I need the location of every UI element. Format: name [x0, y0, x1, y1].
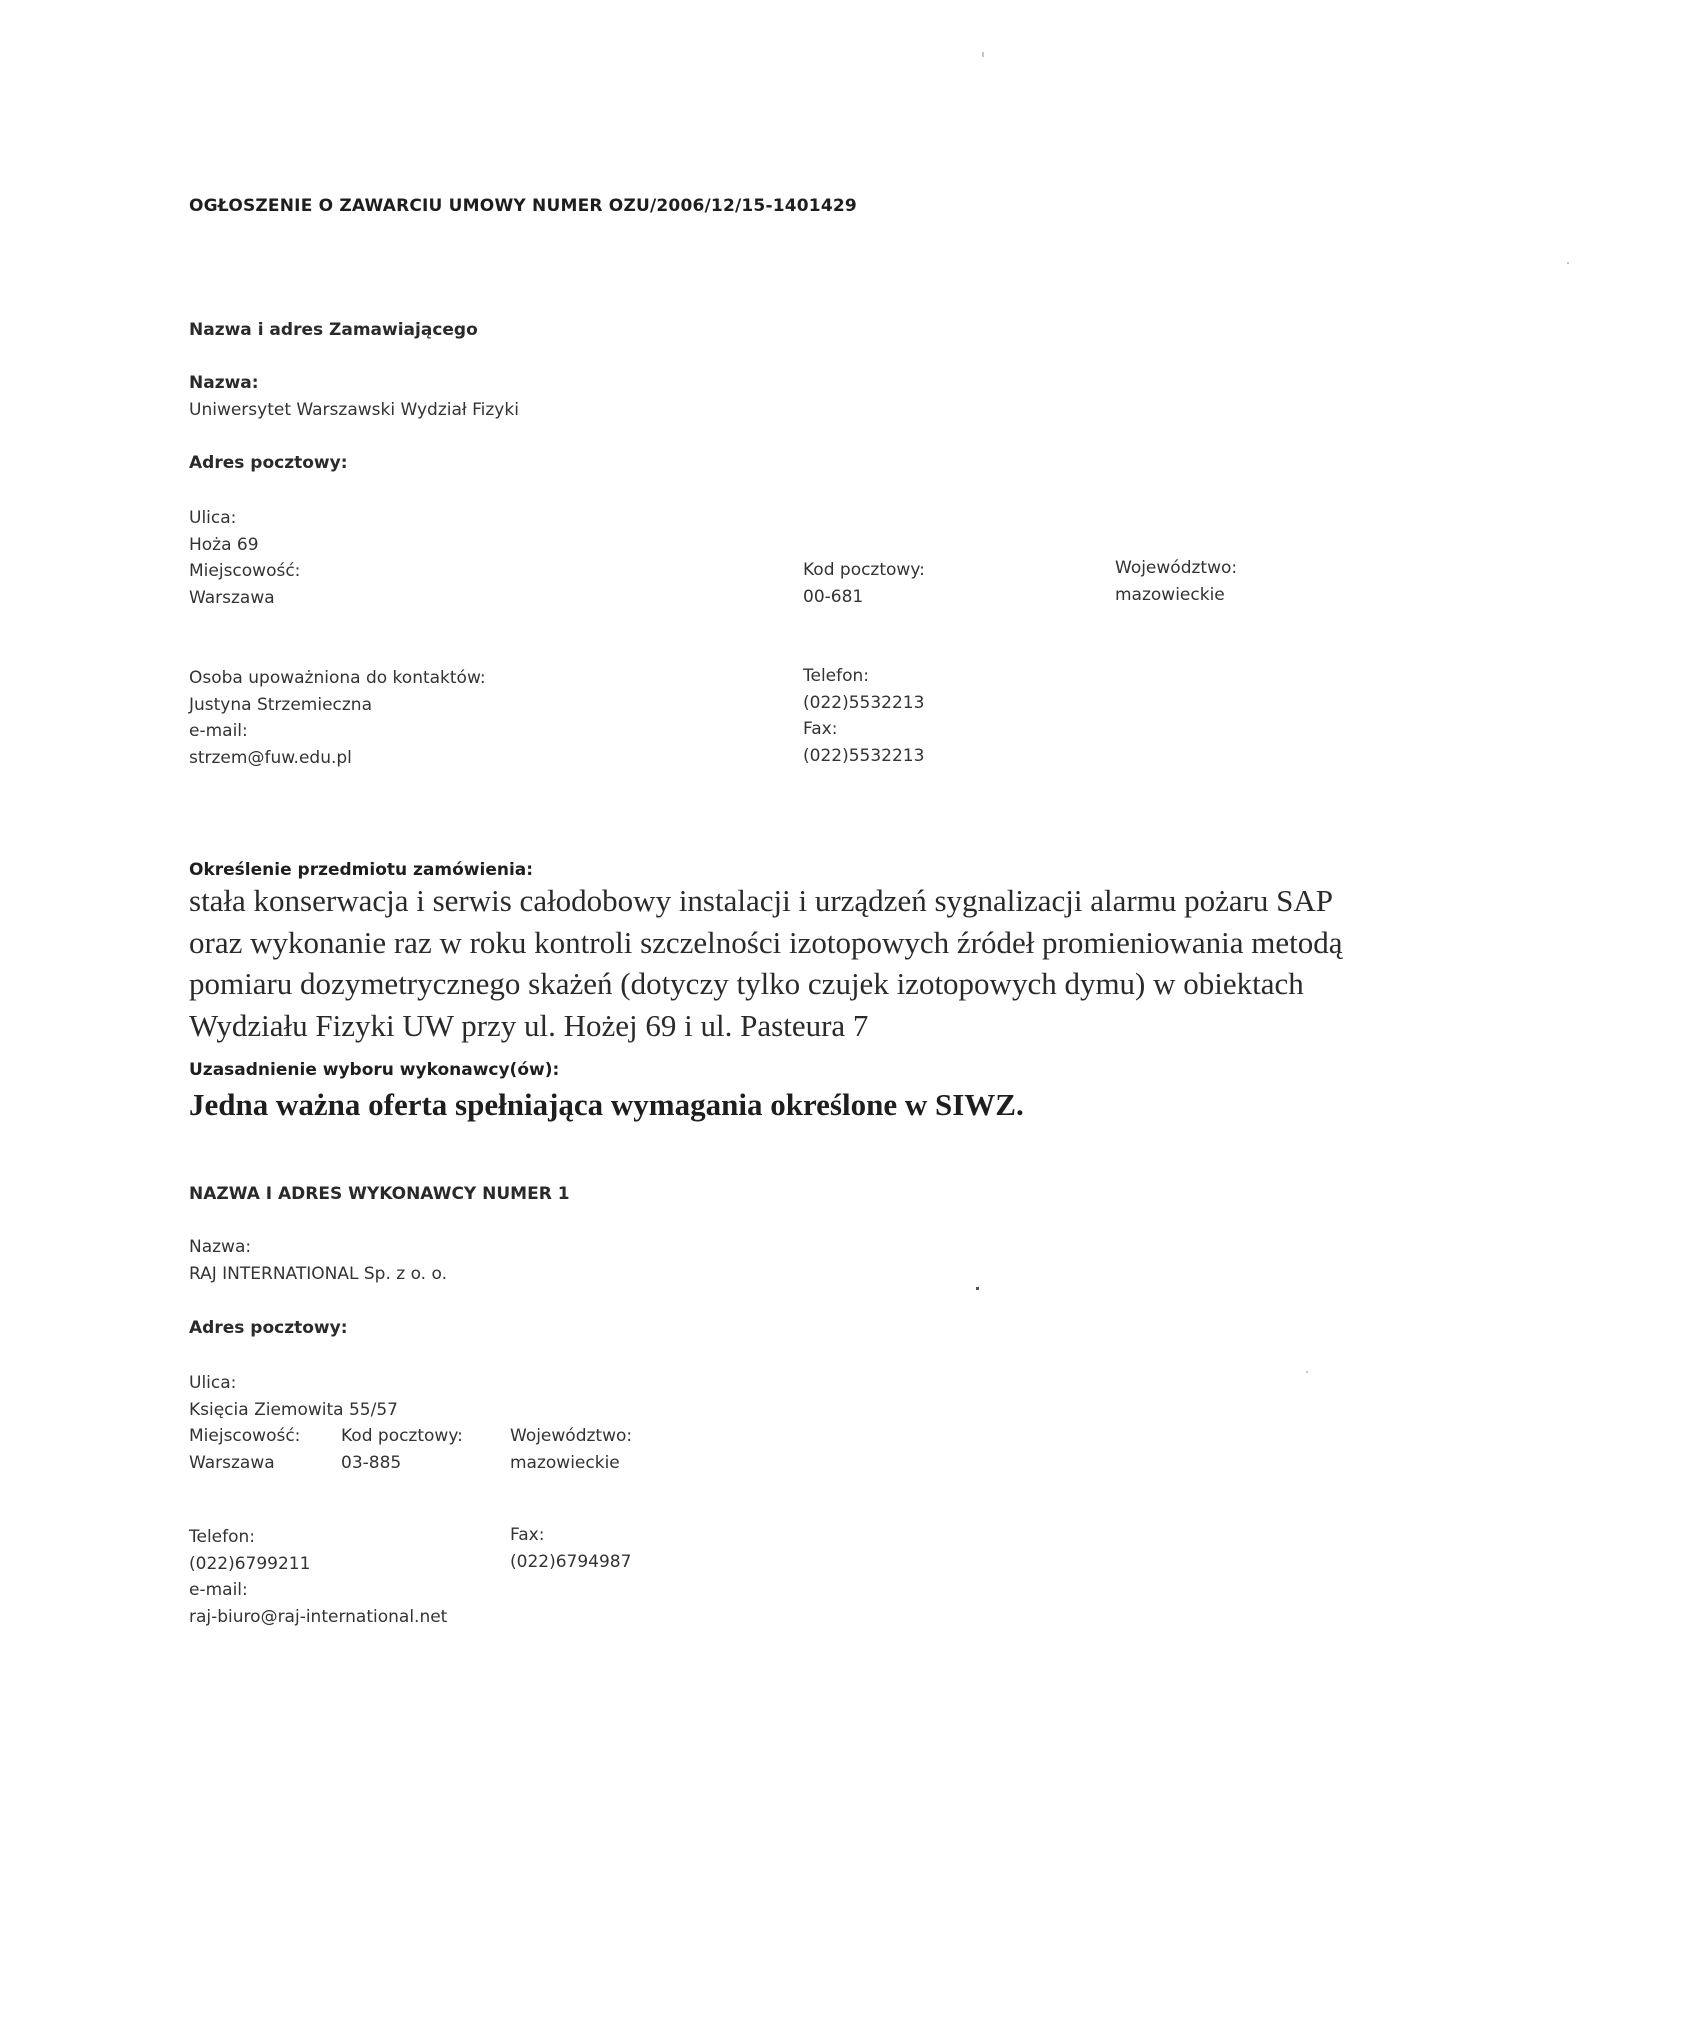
street-value: Księcia Ziemowita 55/57	[189, 1397, 398, 1424]
subject-line: stała konserwacja i serwis całodobowy in…	[189, 880, 1343, 922]
fax-value: (022)5532213	[803, 743, 924, 770]
voivodeship-value: mazowieckie	[1115, 582, 1237, 609]
scan-speck	[1567, 262, 1569, 264]
justification-value: Jedna ważna oferta spełniająca wymagania…	[189, 1087, 1024, 1123]
email-label: e-mail:	[189, 1577, 447, 1604]
ordering-party-name-label: Nazwa:	[189, 373, 259, 393]
postal-label: Kod pocztowy:	[341, 1423, 463, 1450]
ordering-party-voivodeship-block: Województwo: mazowieckie	[1115, 555, 1237, 608]
scan-speck	[982, 52, 984, 57]
section-heading-ordering-party: Nazwa i adres Zamawiającego	[189, 320, 478, 340]
email-label: e-mail:	[189, 718, 486, 745]
phone-label: Telefon:	[189, 1524, 447, 1551]
street-label: Ulica:	[189, 1370, 398, 1397]
ordering-party-contact-block: Osoba upoważniona do kontaktów: Justyna …	[189, 665, 486, 771]
section-heading-contractor: NAZWA I ADRES WYKONAWCY NUMER 1	[189, 1184, 570, 1204]
city-label: Miejscowość:	[189, 558, 300, 585]
phone-value: (022)5532213	[803, 690, 924, 717]
postal-value: 03-885	[341, 1450, 463, 1477]
ordering-party-postal-block: Kod pocztowy: 00-681	[803, 557, 925, 610]
street-value: Hoża 69	[189, 532, 300, 559]
voivodeship-label: Województwo:	[510, 1423, 632, 1450]
phone-value: (022)6799211	[189, 1551, 447, 1578]
contractor-phone-block: Telefon: (022)6799211 e-mail: raj-biuro@…	[189, 1524, 447, 1630]
fax-value: (022)6794987	[510, 1549, 631, 1576]
contractor-voivodeship-block: Województwo: mazowieckie	[510, 1423, 632, 1476]
ordering-party-phone-block: Telefon: (022)5532213 Fax: (022)5532213	[803, 663, 924, 769]
contractor-address-heading: Adres pocztowy:	[189, 1318, 348, 1338]
voivodeship-label: Województwo:	[1115, 555, 1237, 582]
fax-label: Fax:	[510, 1522, 631, 1549]
voivodeship-value: mazowieckie	[510, 1450, 632, 1477]
contact-person: Justyna Strzemieczna	[189, 692, 486, 719]
subject-line: oraz wykonanie raz w roku kontroli szcze…	[189, 922, 1343, 964]
scan-speck	[976, 1287, 979, 1290]
contractor-fax-block: Fax: (022)6794987	[510, 1522, 631, 1575]
email-value: raj-biuro@raj-international.net	[189, 1604, 447, 1631]
contractor-postal-block: Kod pocztowy: 03-885	[341, 1423, 463, 1476]
postal-label: Kod pocztowy:	[803, 557, 925, 584]
contact-label: Osoba upoważniona do kontaktów:	[189, 665, 486, 692]
subject-line: pomiaru dozymetrycznego skażeń (dotyczy …	[189, 963, 1343, 1005]
postal-value: 00-681	[803, 584, 925, 611]
ordering-party-address-block: Ulica: Hoża 69 Miejscowość: Warszawa	[189, 505, 300, 611]
city-value: Warszawa	[189, 585, 300, 612]
document-title: OGŁOSZENIE O ZAWARCIU UMOWY NUMER OZU/20…	[189, 196, 857, 216]
scan-speck	[1306, 1371, 1308, 1373]
email-value: strzem@fuw.edu.pl	[189, 745, 486, 772]
subject-description: stała konserwacja i serwis całodobowy in…	[189, 880, 1343, 1046]
street-label: Ulica:	[189, 505, 300, 532]
fax-label: Fax:	[803, 716, 924, 743]
justification-heading: Uzasadnienie wyboru wykonawcy(ów):	[189, 1060, 559, 1080]
subject-line: Wydziału Fizyki UW przy ul. Hożej 69 i u…	[189, 1005, 1343, 1047]
ordering-party-name: Uniwersytet Warszawski Wydział Fizyki	[189, 397, 519, 424]
contractor-name: RAJ INTERNATIONAL Sp. z o. o.	[189, 1261, 447, 1288]
phone-label: Telefon:	[803, 663, 924, 690]
ordering-party-address-heading: Adres pocztowy:	[189, 453, 348, 473]
contractor-name-block: Nazwa: RAJ INTERNATIONAL Sp. z o. o.	[189, 1234, 447, 1287]
contractor-name-label: Nazwa:	[189, 1234, 447, 1261]
subject-heading: Określenie przedmiotu zamówienia:	[189, 860, 533, 880]
